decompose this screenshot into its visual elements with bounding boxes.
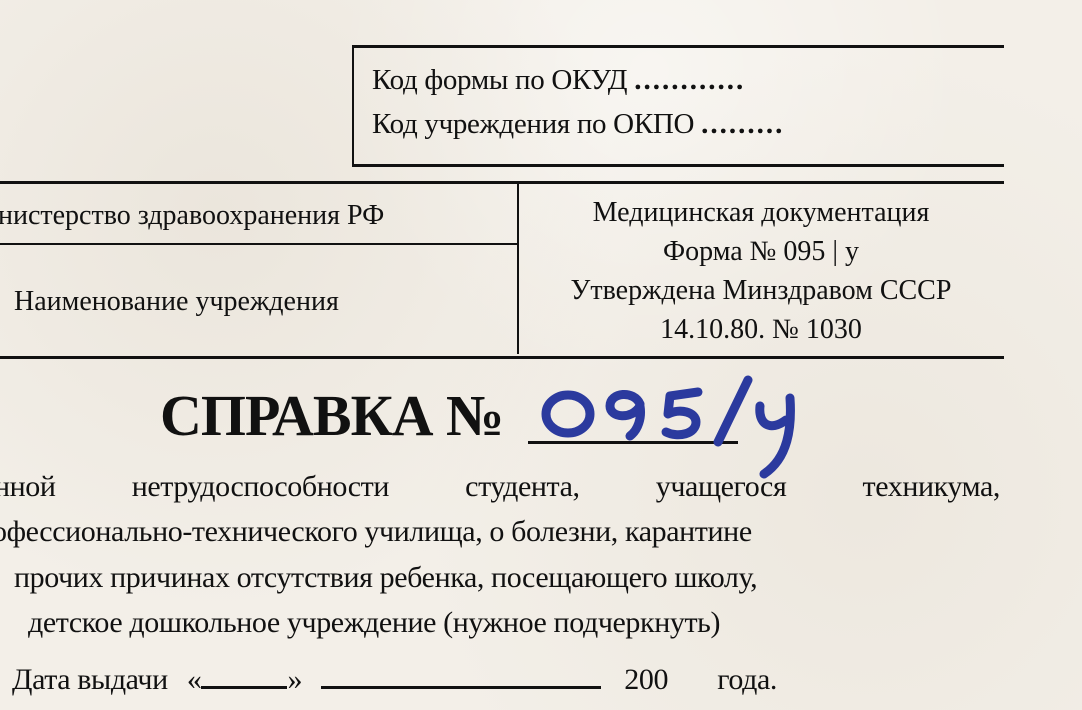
open-quote: «	[187, 663, 202, 696]
form-info-medical-docs: Медицинская документация	[522, 193, 1000, 232]
body-word: нетрудоспособности	[132, 470, 389, 504]
body-line-4: детское дошкольное учреждение (нужное по…	[28, 606, 720, 640]
form-info-block: Медицинская документация Форма № 095 | у…	[522, 193, 1000, 349]
document-title: СПРАВКА №	[160, 382, 503, 449]
issue-year-prefix: 200	[624, 663, 668, 696]
form-info-form-number: Форма № 095 | у	[522, 232, 1000, 271]
form-info-approval-date: 14.10.80. № 1030	[522, 310, 1000, 349]
ministry-name: нистерство здравоохранения РФ	[0, 200, 384, 232]
header-table-bottom-border	[0, 356, 1004, 359]
body-word: нной	[0, 470, 56, 504]
close-quote: »	[287, 663, 302, 696]
issue-date-label: Дата выдачи	[12, 663, 168, 696]
okud-code-row: Код формы по ОКУД ............	[372, 64, 745, 97]
issue-year-field[interactable]	[668, 660, 710, 689]
codes-box-left-border	[352, 46, 354, 166]
body-word: студента,	[465, 470, 579, 504]
issue-month-field[interactable]	[321, 660, 601, 689]
okud-field[interactable]: ............	[634, 64, 745, 96]
body-word: учащегося	[656, 470, 787, 504]
issue-year-suffix: года.	[717, 663, 777, 696]
header-table-divider	[517, 182, 519, 354]
body-line-3: прочих причинах отсутствия ребенка, посе…	[14, 561, 757, 595]
codes-box-top-border	[352, 45, 1004, 48]
okpo-label: Код учреждения по ОКПО	[372, 108, 694, 140]
okpo-code-row: Код учреждения по ОКПО .........	[372, 108, 784, 141]
handwritten-certificate-number	[538, 362, 808, 487]
institution-name-label: Наименование учреждения	[14, 286, 339, 318]
header-table-top-border	[0, 181, 1004, 184]
issue-day-field[interactable]	[201, 660, 287, 689]
body-word: техникума,	[862, 470, 1000, 504]
header-left-row-divider	[0, 243, 519, 245]
okpo-field[interactable]: .........	[701, 108, 784, 140]
codes-box-bottom-border	[352, 164, 1004, 167]
body-line-1: нной нетрудоспособности студента, учащег…	[0, 470, 1000, 504]
okud-label: Код формы по ОКУД	[372, 64, 627, 96]
body-line-2: офессионально-технического училища, о бо…	[0, 515, 752, 549]
issue-date-row: Дата выдачи «» 200 года.	[12, 660, 777, 697]
form-info-approved-by: Утверждена Минздравом СССР	[522, 271, 1000, 310]
